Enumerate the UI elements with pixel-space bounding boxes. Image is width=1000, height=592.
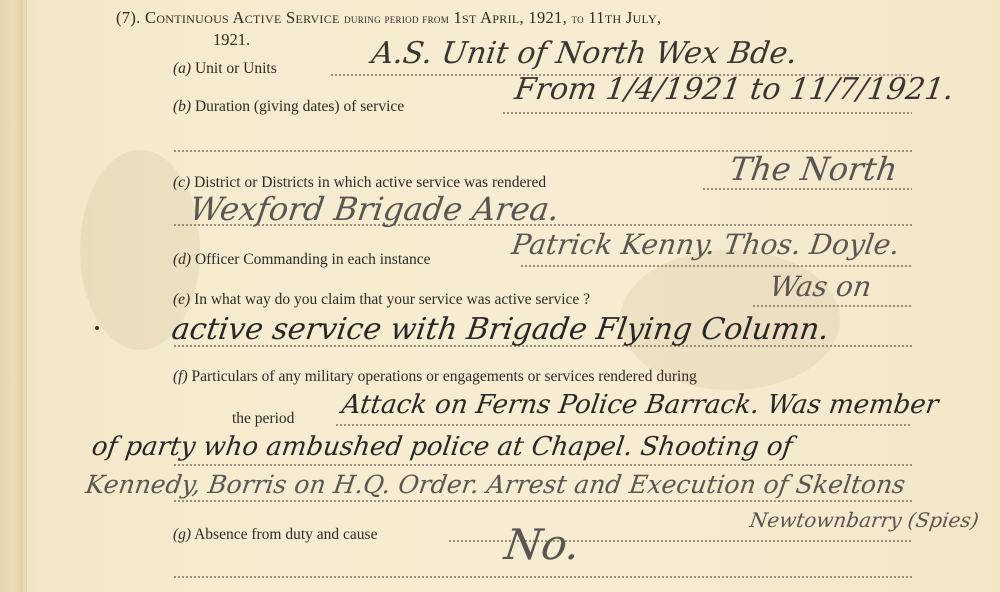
field-g-second-line xyxy=(173,576,912,578)
field-a-label: (a) Unit or Units xyxy=(173,60,277,78)
field-d-dotted-line xyxy=(520,265,912,267)
section-number: (7). xyxy=(116,8,141,27)
field-f-answer-line1: Attack on Ferns Police Barrack. Was memb… xyxy=(340,390,940,420)
field-b-dotted-line xyxy=(502,112,912,114)
field-d-text: Officer Commanding in each instance xyxy=(195,251,431,268)
paper-left-edge xyxy=(0,0,27,592)
field-g-answer: No. xyxy=(502,520,584,569)
field-g-marker: (g) xyxy=(173,526,191,543)
field-a-answer: A.S. Unit of North Wex Bde. xyxy=(370,36,800,71)
heading-to: to xyxy=(571,11,583,26)
field-b-text: Duration (giving dates) of service xyxy=(195,98,404,115)
field-d-marker: (d) xyxy=(173,251,191,268)
field-a-text: Unit or Units xyxy=(195,60,277,77)
field-f-dotted-line xyxy=(335,424,912,426)
heading-title: Continuous Active Service xyxy=(145,8,340,27)
field-f-answer-line4: Newtownbarry (Spies) xyxy=(748,508,980,532)
field-e-answer-line1: Was on xyxy=(768,270,874,303)
heading-start-date: 1st April, 1921, xyxy=(453,8,567,27)
paper-fold-line xyxy=(26,0,27,592)
field-c-answer-line2: Wexford Brigade Area. xyxy=(187,190,561,228)
field-g-text: Absence from duty and cause xyxy=(194,526,377,543)
heading-year: 1921. xyxy=(213,30,250,50)
field-f-third-line xyxy=(173,500,912,502)
heading-end-date: 11th July, xyxy=(588,8,661,27)
field-b-marker: (b) xyxy=(173,98,191,115)
field-g-label: (g) Absence from duty and cause xyxy=(173,526,377,544)
field-e-label: (e) In what way do you claim that your s… xyxy=(173,291,590,309)
ink-speck xyxy=(95,326,99,330)
field-f-text: Particulars of any military operations o… xyxy=(192,368,697,385)
field-f-second-line xyxy=(173,464,912,466)
field-a-marker: (a) xyxy=(173,60,191,77)
field-f-marker: (f) xyxy=(173,368,188,385)
field-b-label: (b) Duration (giving dates) of service xyxy=(173,98,404,116)
field-e-marker: (e) xyxy=(173,291,190,308)
field-f-answer-line3: Kennedy, Borris on H.Q. Order. Arrest an… xyxy=(84,470,907,499)
section-heading: (7). Continuous Active Service during pe… xyxy=(116,8,661,28)
heading-during: during period from xyxy=(344,11,449,26)
field-d-answer: Patrick Kenny. Thos. Doyle. xyxy=(510,228,902,261)
field-d-label: (d) Officer Commanding in each instance xyxy=(173,251,431,269)
field-c-answer-line1: The North xyxy=(727,150,899,188)
field-c-text: District or Districts in which active se… xyxy=(194,174,546,191)
field-c-marker: (c) xyxy=(173,174,190,191)
field-e-answer-line2: active service with Brigade Flying Colum… xyxy=(170,312,832,347)
field-b-answer: From 1/4/1921 to 11/7/1921. xyxy=(513,72,956,107)
field-e-dotted-line xyxy=(752,305,912,307)
field-f-answer-line2: of party who ambushed police at Chapel. … xyxy=(90,432,795,462)
field-c-dotted-line xyxy=(702,188,912,190)
field-e-text: In what way do you claim that your servi… xyxy=(194,291,590,308)
field-f-label-line2: the period xyxy=(232,410,294,428)
field-f-label-line1: (f) Particulars of any military operatio… xyxy=(173,368,697,386)
